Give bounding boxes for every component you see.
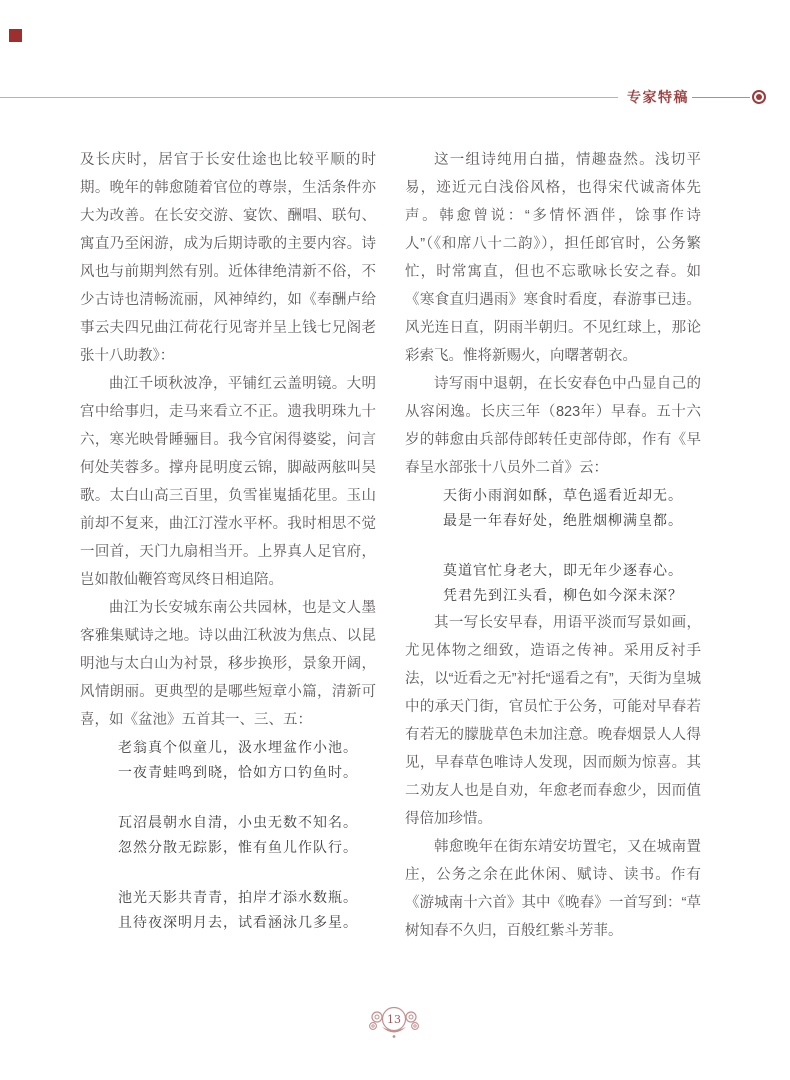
header-rule-left <box>0 97 618 98</box>
target-icon <box>752 90 766 104</box>
paragraph: 曲江为长安城东南公共园林，也是文人墨客雅集赋诗之地。诗以曲江秋波为焦点、以昆明池… <box>80 594 376 734</box>
verse-line: 莫道官忙身老大，即无年少逐春心。 <box>443 559 701 584</box>
magazine-page: 专家特稿 及长庆时，居官于长安仕途也比较平顺的时期。晚年的韩愈随着官位的尊崇，生… <box>0 0 790 1080</box>
verse-block: 天街小雨润如酥，草色遥看近却无。最是一年春好处，绝胜烟柳满皇都。莫道官忙身老大，… <box>405 484 701 609</box>
flourish-right-large-inner <box>409 1015 413 1019</box>
flourish-right-small-inner <box>414 1025 416 1027</box>
flourish-left-small <box>370 1023 377 1030</box>
verse-block: 老翁真个似童儿，汲水埋盆作小池。一夜青蛙鸣到晓，恰如方口钓鱼时。瓦沼晨朝水自清，… <box>80 736 376 936</box>
paragraph: 韩愈晚年在街东靖安坊置宅，又在城南置庄，公务之余在此休闲、赋诗、读书。作有《游城… <box>405 833 701 945</box>
verse-stanza: 莫道官忙身老大，即无年少逐春心。凭君先到江头看，柳色如今深未深？ <box>443 559 701 609</box>
verse-line: 池光天影共青青，拍岸才添水数瓶。 <box>118 886 376 911</box>
verse-line: 忽然分散无踪影，惟有鱼儿作队行。 <box>118 836 376 861</box>
verse-line: 一夜青蛙鸣到晓，恰如方口钓鱼时。 <box>118 761 376 786</box>
header-rule-right <box>692 97 750 98</box>
paragraph: 其一写长安早春，用语平淡而写景如画，尤见体物之细致，造语之传神。采用反衬手法，以… <box>405 609 701 833</box>
paragraph: 曲江千顷秋波净，平铺红云盖明镜。大明宫中给事归，走马来看立不正。遗我明珠九十六，… <box>80 370 376 594</box>
flourish-right-small <box>412 1023 419 1030</box>
corner-mark <box>9 29 22 42</box>
page-number-ornament: 13 <box>360 1000 428 1046</box>
left-column: 及长庆时，居官于长安仕途也比较平顺的时期。晚年的韩愈随着官位的尊崇，生活条件亦大… <box>80 146 376 936</box>
page-number: 13 <box>387 1013 401 1026</box>
right-column: 这一组诗纯用白描，情趣盎然。浅切平易，迹近元白浅俗风格，也得宋代诚斋体先声。韩愈… <box>405 146 701 945</box>
section-label: 专家特稿 <box>627 89 689 105</box>
verse-line: 天街小雨润如酥，草色遥看近却无。 <box>443 484 701 509</box>
verse-stanza: 天街小雨润如酥，草色遥看近却无。最是一年春好处，绝胜烟柳满皇都。 <box>443 484 701 534</box>
flourish-right-large <box>406 1012 416 1022</box>
paragraph: 这一组诗纯用白描，情趣盎然。浅切平易，迹近元白浅俗风格，也得宋代诚斋体先声。韩愈… <box>405 146 701 370</box>
target-icon-dot <box>756 94 762 100</box>
verse-line: 瓦沼晨朝水自清，小虫无数不知名。 <box>118 811 376 836</box>
flourish-left-large <box>372 1012 382 1022</box>
verse-line: 最是一年春好处，绝胜烟柳满皇都。 <box>443 509 701 534</box>
verse-line: 老翁真个似童儿，汲水埋盆作小池。 <box>118 736 376 761</box>
verse-stanza: 瓦沼晨朝水自清，小虫无数不知名。忽然分散无踪影，惟有鱼儿作队行。 <box>118 811 376 861</box>
paragraph: 及长庆时，居官于长安仕途也比较平顺的时期。晚年的韩愈随着官位的尊崇，生活条件亦大… <box>80 146 376 370</box>
verse-line: 且待夜深明月去，试看涵泳几多星。 <box>118 911 376 936</box>
verse-stanza: 池光天影共青青，拍岸才添水数瓶。且待夜深明月去，试看涵泳几多星。 <box>118 886 376 936</box>
flourish-left-small-inner <box>372 1025 374 1027</box>
paragraph: 诗写雨中退朝，在长安春色中凸显自己的从容闲逸。长庆三年（823年）早春。五十六岁… <box>405 370 701 482</box>
verse-line: 凭君先到江头看，柳色如今深未深？ <box>443 584 701 609</box>
verse-stanza: 老翁真个似童儿，汲水埋盆作小池。一夜青蛙鸣到晓，恰如方口钓鱼时。 <box>118 736 376 786</box>
flourish-left-large-inner <box>375 1015 379 1019</box>
ornament-dot <box>393 1035 396 1038</box>
